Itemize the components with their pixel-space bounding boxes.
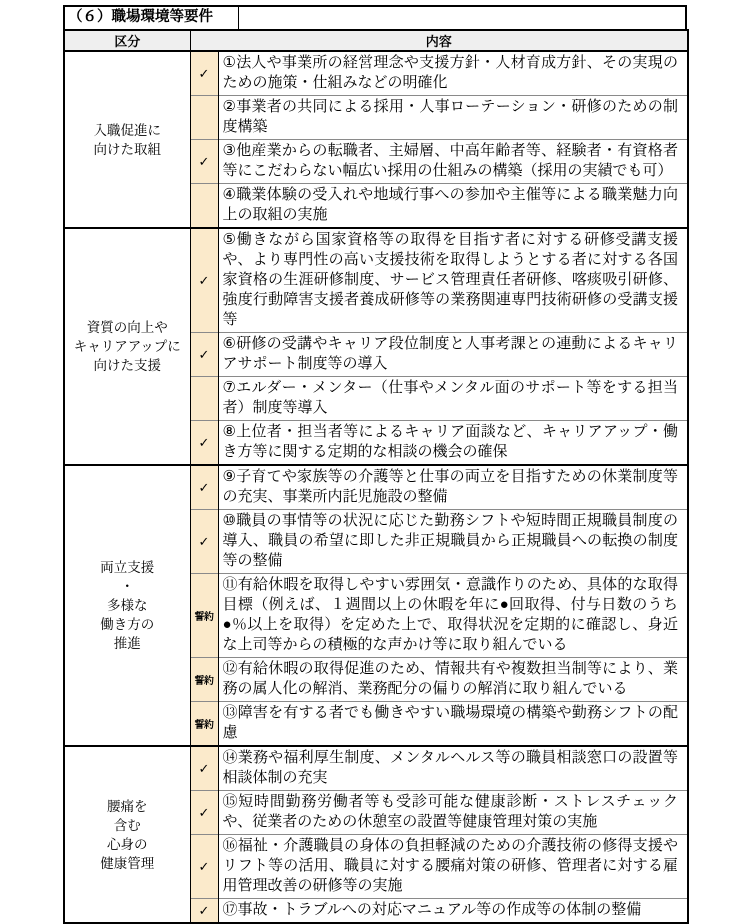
table-row: 両立支援 ・ 多様な 働き方の 推進✓⑨子育てや家族等の介護等と仕事の両立を目指… (64, 465, 688, 510)
title-empty-cell (239, 7, 685, 29)
category-cell: 腰痛を 含む 心身の 健康管理 (64, 746, 190, 896)
pledge-mark-cell: 誓約 (190, 702, 218, 747)
category-cell: 両立支援 ・ 多様な 働き方の 推進 (64, 465, 190, 746)
table-row: 腰痛を 含む 心身の 健康管理✓⑭業務や福利厚生制度、メンタルヘルス等の職員相談… (64, 746, 688, 791)
requirement-text: ②事業者の共同による採用・人事ローテーション・研修のための制度構築 (218, 96, 688, 140)
empty-mark-cell (190, 377, 218, 421)
table-row: 入職促進に 向けた取組✓①法人や事業所の経営理念や支援方針・人材育成方針、その実… (64, 51, 688, 96)
requirements-table-body: 入職促進に 向けた取組✓①法人や事業所の経営理念や支援方針・人材育成方針、その実… (64, 51, 688, 896)
check-mark-cell: ✓ (190, 421, 218, 466)
empty-mark-cell (190, 96, 218, 140)
requirement-text: ⑬障害を有する者でも働きやすい職場環境の構築や勤務シフトの配慮 (218, 702, 688, 747)
empty-mark-cell (190, 184, 218, 229)
requirement-text: ⑥研修の受講やキャリア段位制度と人事考課との連動によるキャリアサポート制度等の導… (218, 333, 688, 377)
requirement-text: ⑭業務や福利厚生制度、メンタルヘルス等の職員相談窓口の設置等相談体制の充実 (218, 746, 688, 791)
requirement-text: ⑯福祉・介護職員の身体の負担軽減のための介護技術の修得支援やリフト等の活用、職員… (218, 835, 688, 897)
header-row: 区分 内容 (64, 30, 688, 51)
section-title-bar: （６）職場環境等要件 (63, 5, 687, 29)
requirement-text: ⑩職員の事情等の状況に応じた勤務シフトや短時間正規職員制度の導入、職員の希望に即… (218, 510, 688, 574)
requirements-table: 区分 内容 入職促進に 向けた取組✓①法人や事業所の経営理念や支援方針・人材育成… (63, 29, 689, 896)
requirement-text: ③他産業からの転職者、主婦層、中高年齢者等、経験者・有資格者等にこだわらない幅広… (218, 140, 688, 184)
column-header-content: 内容 (190, 30, 688, 51)
requirement-text: ⑨子育てや家族等の介護等と仕事の両立を目指すための休業制度等の充実、事業所内託児… (218, 465, 688, 510)
requirement-text: ⑦エルダー・メンター（仕事やメンタル面のサポート等をする担当者）制度等導入 (218, 377, 688, 421)
requirement-text: ①法人や事業所の経営理念や支援方針・人材育成方針、その実現のための施策・仕組みな… (218, 51, 688, 96)
requirement-text: ⑤働きながら国家資格等の取得を目指す者に対する研修受講支援や、より専門性の高い支… (218, 228, 688, 333)
check-mark-cell: ✓ (190, 510, 218, 574)
check-mark-cell: ✓ (190, 465, 218, 510)
requirement-text: ④職業体験の受入れや地域行事への参加や主催等による職業魅力向上の取組の実施 (218, 184, 688, 229)
check-mark-cell: ✓ (190, 835, 218, 897)
pledge-mark-cell: 誓約 (190, 658, 218, 702)
section-title: （６）職場環境等要件 (65, 7, 239, 29)
pledge-mark-cell: 誓約 (190, 574, 218, 658)
check-mark-cell: ✓ (190, 791, 218, 835)
category-cell: 資質の向上や キャリアアップに 向けた支援 (64, 228, 190, 465)
check-mark-cell: ✓ (190, 333, 218, 377)
column-header-category: 区分 (64, 30, 190, 51)
table-row: 資質の向上や キャリアアップに 向けた支援✓⑤働きながら国家資格等の取得を目指す… (64, 228, 688, 333)
document-sheet: （６）職場環境等要件 区分 内容 入職促進に 向けた取組✓①法人や事業所の経営理… (63, 5, 687, 896)
requirement-text: ⑫有給休暇の取得促進のため、情報共有や複数担当制等により、業務の属人化の解消、業… (218, 658, 688, 702)
check-mark-cell: ✓ (190, 51, 218, 96)
requirement-text: ⑪有給休暇を取得しやすい雰囲気・意識作りのため、具体的な取得目標（例えば、１週間… (218, 574, 688, 658)
requirement-text: ⑧上位者・担当者等によるキャリア面談など、キャリアアップ・働き方等に関する定期的… (218, 421, 688, 466)
check-mark-cell: ✓ (190, 228, 218, 333)
check-mark-cell: ✓ (190, 746, 218, 791)
requirement-text: ⑮短時間勤務労働者等も受診可能な健康診断・ストレスチェックや、従業者のための休憩… (218, 791, 688, 835)
check-mark-cell: ✓ (190, 140, 218, 184)
category-cell: 入職促進に 向けた取組 (64, 51, 190, 228)
